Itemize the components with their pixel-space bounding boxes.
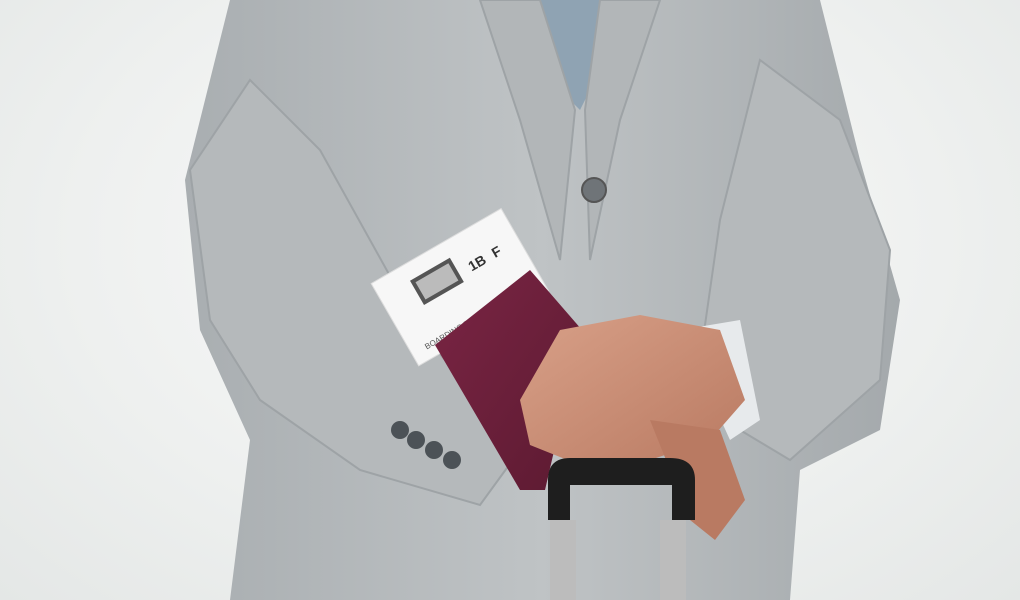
photo-scene: BOARDING PASS 1B F — [0, 0, 1020, 600]
photo-illustration: BOARDING PASS 1B F — [0, 0, 1020, 600]
jacket-button — [582, 178, 606, 202]
suitcase-pole-right — [660, 520, 686, 600]
suitcase-pole-left — [550, 520, 576, 600]
